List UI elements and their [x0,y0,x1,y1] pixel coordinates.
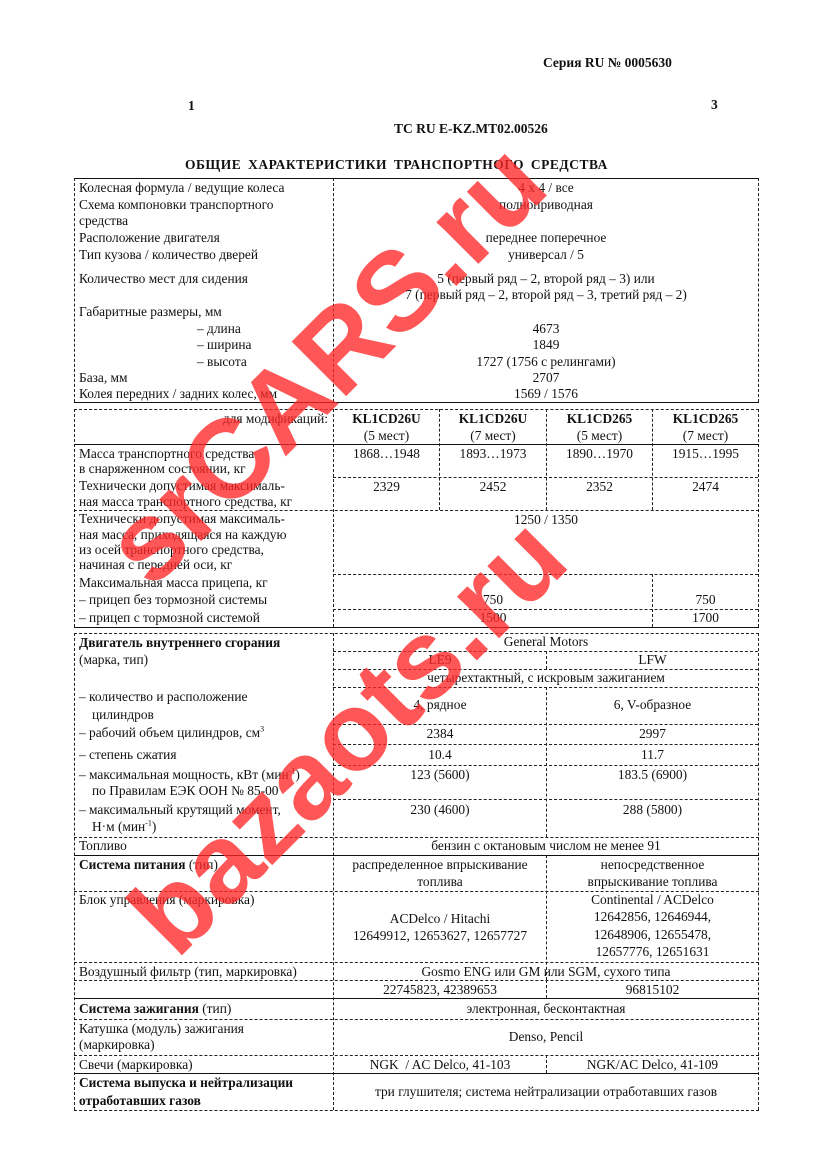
fuel-system-value-1a: распределенное впрыскивание [334,857,546,874]
mod-seats-1: (5 мест) [334,428,439,445]
engine-location-value: переднее поперечное [334,230,758,247]
fuel-system-value-2b: впрыскивание топлива [547,874,758,891]
trailer-label: Максимальная масса прицепа, кг [79,575,268,592]
curb-mass-value-1: 1868…1948 [334,446,439,463]
spark-plugs-value-2: NGK/AC Delco, 41-109 [547,1057,758,1074]
max-mass-value-4: 2474 [653,479,758,496]
spark-plugs-label: Свечи (маркировка) [79,1057,193,1074]
engine-type-2: LFW [547,652,758,669]
mod-name-1: KL1CD26U [334,411,439,428]
torque-value-2: 288 (5800) [547,802,758,819]
layout-scheme-label: Схема компоновки транспортного [79,197,273,214]
curb-mass-value-4: 1915…1995 [653,446,758,463]
displacement-value-2: 2997 [547,726,758,743]
max-mass-label-2: ная масса транспортного средства, кг [79,494,292,511]
mod-name-3: KL1CD265 [547,411,652,428]
compression-label: – степень сжатия [79,747,176,764]
length-label: – длина [197,321,241,338]
length-value: 4673 [334,321,758,338]
page-number-left: 1 [188,98,195,114]
curb-mass-value-3: 1890…1970 [547,446,652,463]
ecu-value-1b: 12649912, 12653627, 12657727 [334,928,546,945]
track-value: 1569 / 1576 [334,386,758,403]
ecu-value-2a: Continental / ACDelco [547,892,758,909]
cylinders-value-1: 4, рядное [334,697,546,714]
trailer-unbraked-label: – прицеп без тормозной системы [79,592,267,609]
power-value-1: 123 (5600) [334,767,546,784]
wheelbase-value: 2707 [334,370,758,387]
layout-scheme-label-2: средства [79,213,128,230]
ignition-value: электронная, бесконтактная [334,1001,758,1018]
body-type-value: универсал / 5 [334,247,758,264]
engine-cycle: четырехтактный, с искровым зажиганием [334,670,758,687]
max-mass-value-2: 2452 [440,479,546,496]
exhaust-label: Система выпуска и нейтрализации [79,1075,293,1092]
max-mass-label: Технически допустимая максималь- [79,478,285,495]
fuel-label: Топливо [79,838,127,855]
coil-label: Катушка (модуль) зажигания [79,1021,244,1038]
trailer-braked-value-1: 1500 [334,610,652,627]
exhaust-value: три глушителя; система нейтрализации отр… [334,1084,758,1101]
engine-label-sub: (марка, тип) [79,652,148,669]
seats-label: Количество мест для сидения [79,271,248,288]
engine-label: Двигатель внутреннего сгорания [79,635,280,652]
ecu-value-2c: 12648906, 12655478, [547,927,758,944]
max-mass-value-3: 2352 [547,479,652,496]
seats-value-1: 5 (первый ряд – 2, второй ряд – 3) или [334,271,758,288]
axle-mass-label-4: начиная с передней оси, кг [79,557,232,574]
wheel-formula-label: Колесная формула / ведущие колеса [79,180,284,197]
layout-scheme-value: полноприводная [334,197,758,214]
fuel-value: бензин с октановым числом не менее 91 [334,838,758,855]
engine-make: General Motors [334,634,758,651]
mod-seats-3: (5 мест) [547,428,652,445]
page-title: ОБЩИЕ ХАРАКТЕРИСТИКИ ТРАНСПОРТНОГО СРЕДС… [185,157,608,173]
air-filter-value-1: 22745823, 42389653 [334,982,546,999]
compression-value-1: 10.4 [334,747,546,764]
mod-name-2: KL1CD26U [440,411,546,428]
dimensions-label: Габаритные размеры, мм [79,304,222,321]
body-type-label: Тип кузова / количество дверей [79,247,258,264]
curb-mass-value-2: 1893…1973 [440,446,546,463]
trailer-unbraked-value-1: 750 [334,592,652,609]
torque-value-1: 230 (4600) [334,802,546,819]
width-label: – ширина [197,337,252,354]
torque-label-2: Н·м (мин-1) [92,819,156,836]
coil-value: Denso, Pencil [334,1029,758,1046]
engine-location-label: Расположение двигателя [79,230,220,247]
cylinders-value-2: 6, V-образное [547,697,758,714]
max-mass-value-1: 2329 [334,479,439,496]
coil-label-2: (маркировка) [79,1037,155,1054]
track-label: Колея передних / задних колес, мм [79,386,277,403]
width-value: 1849 [334,337,758,354]
cylinders-label: – количество и расположение [79,689,247,706]
ecu-value-1a: ACDelco / Hitachi [334,911,546,928]
curb-mass-label-2: в снаряженном состоянии, кг [79,461,246,478]
ecu-value-2d: 12657776, 12651631 [547,944,758,961]
cylinders-label-2: цилиндров [79,707,154,724]
engine-type-1: LE9 [334,652,546,669]
exhaust-label-2: отработавших газов [79,1093,201,1110]
mod-seats-4: (7 мест) [653,428,758,445]
wheelbase-label: База, мм [79,370,128,387]
modifications-header-label: для модификаций: [79,411,328,428]
spark-plugs-value-1: NGK / AC Delco, 41-103 [334,1057,546,1074]
ignition-label: Система зажигания (тип) [79,1001,231,1018]
height-value: 1727 (1756 с релингами) [334,354,758,371]
ecu-value-2b: 12642856, 12646944, [547,909,758,926]
air-filter-type: Gosmo ENG или GM или SGM, сухого типа [334,964,758,981]
series-number: Серия RU № 0005630 [543,55,672,71]
ecu-label: Блок управления (маркировка) [79,892,254,909]
mod-name-4: KL1CD265 [653,411,758,428]
power-value-2: 183.5 (6900) [547,767,758,784]
fuel-system-label: Система питания (тип) [79,857,218,874]
compression-value-2: 11.7 [547,747,758,764]
torque-label: – максимальный крутящий момент, [79,802,281,819]
fuel-system-value-1b: топлива [334,874,546,891]
seats-value-2: 7 (первый ряд – 2, второй ряд – 3, трети… [334,287,758,304]
trailer-unbraked-value-2: 750 [653,592,758,609]
wheel-formula-value: 4 х 4 / все [334,180,758,197]
trailer-braked-label: – прицеп с тормозной системой [79,610,260,627]
fuel-system-value-2a: непосредственное [547,857,758,874]
axle-mass-value: 1250 / 1350 [334,512,758,529]
axle-mass-label-1: Технически допустимая максималь- [79,511,285,528]
certificate-number: ТС RU E-KZ.MT02.00526 [394,121,548,137]
air-filter-value-2: 96815102 [547,982,758,999]
height-label: – высота [197,354,247,371]
displacement-label: – рабочий объем цилиндров, см3 [79,725,264,742]
power-label: – максимальная мощность, кВт (мин-1) [79,767,300,784]
page-number-right: 3 [711,97,718,113]
power-label-2: по Правилам ЕЭК ООН № 85-00 [79,783,278,800]
displacement-value-1: 2384 [334,726,546,743]
mod-seats-2: (7 мест) [440,428,546,445]
trailer-braked-value-2: 1700 [653,610,758,627]
air-filter-label: Воздушный фильтр (тип, маркировка) [79,964,297,981]
